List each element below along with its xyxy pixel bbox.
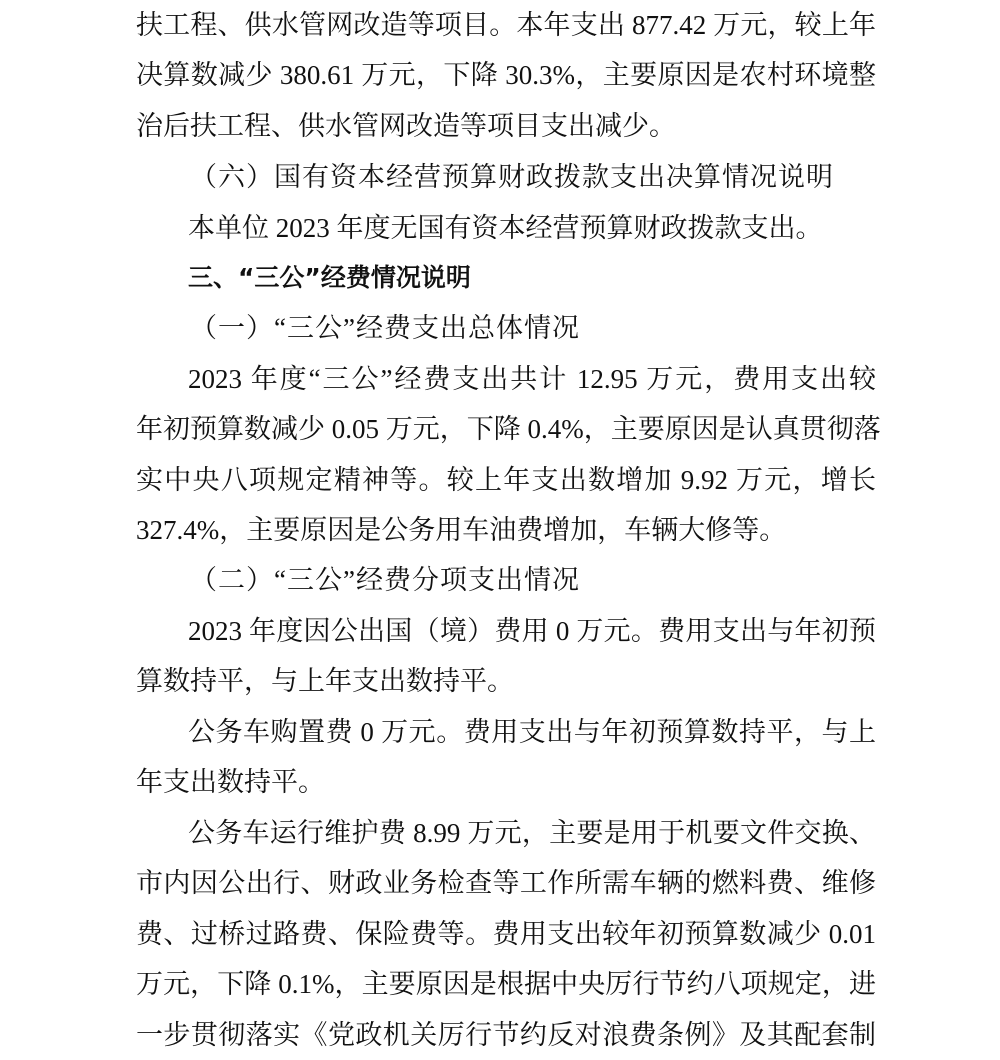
paragraph-line: 决算数减少 380.61 万元，下降 30.3%，主要原因是农村环境整 [136, 50, 876, 100]
section-heading-1: （一）“三公”经费支出总体情况 [190, 303, 878, 353]
paragraph-line: 扶工程、供水管网改造等项目。本年支出 877.42 万元，较上年 [136, 0, 876, 50]
paragraph-line: 公务车运行维护费 8.99 万元，主要是用于机要文件交换、 [188, 808, 876, 858]
paragraph-line: 2023 年度“三公”经费支出共计 12.95 万元，费用支出较 [188, 354, 876, 404]
document-page: 扶工程、供水管网改造等项目。本年支出 877.42 万元，较上年 决算数减少 3… [0, 0, 1000, 1060]
section-heading-6: （六）国有资本经营预算财政拨款支出决算情况说明 [190, 152, 878, 202]
paragraph-line: 市内因公出行、财政业务检查等工作所需车辆的燃料费、维修 [136, 858, 876, 908]
section-heading-2: （二）“三公”经费分项支出情况 [190, 555, 878, 605]
paragraph-line: 费、过桥过路费、保险费等。费用支出较年初预算数减少 0.01 [136, 909, 876, 959]
paragraph-line: 年初预算数减少 0.05 万元，下降 0.4%，主要原因是认真贯彻落 [136, 404, 876, 454]
paragraph-line: 一步贯彻落实《党政机关厉行节约反对浪费条例》及其配套制 [136, 1010, 876, 1060]
paragraph-line: 本单位 2023 年度无国有资本经营预算财政拨款支出。 [188, 203, 876, 253]
paragraph-line: 年支出数持平。 [136, 757, 876, 807]
paragraph-line: 万元，下降 0.1%，主要原因是根据中央厉行节约八项规定，进 [136, 959, 876, 1009]
paragraph-line: 实中央八项规定精神等。较上年支出数增加 9.92 万元，增长 [136, 455, 876, 505]
paragraph-line: 327.4%，主要原因是公务用车油费增加，车辆大修等。 [136, 505, 876, 555]
paragraph-line: 算数持平，与上年支出数持平。 [136, 656, 876, 706]
paragraph-line: 公务车购置费 0 万元。费用支出与年初预算数持平，与上 [188, 707, 876, 757]
paragraph-line: 治后扶工程、供水管网改造等项目支出减少。 [136, 101, 876, 151]
chapter-heading-3: 三、“三公”经费情况说明 [188, 253, 788, 303]
paragraph-line: 2023 年度因公出国（境）费用 0 万元。费用支出与年初预 [188, 606, 876, 656]
